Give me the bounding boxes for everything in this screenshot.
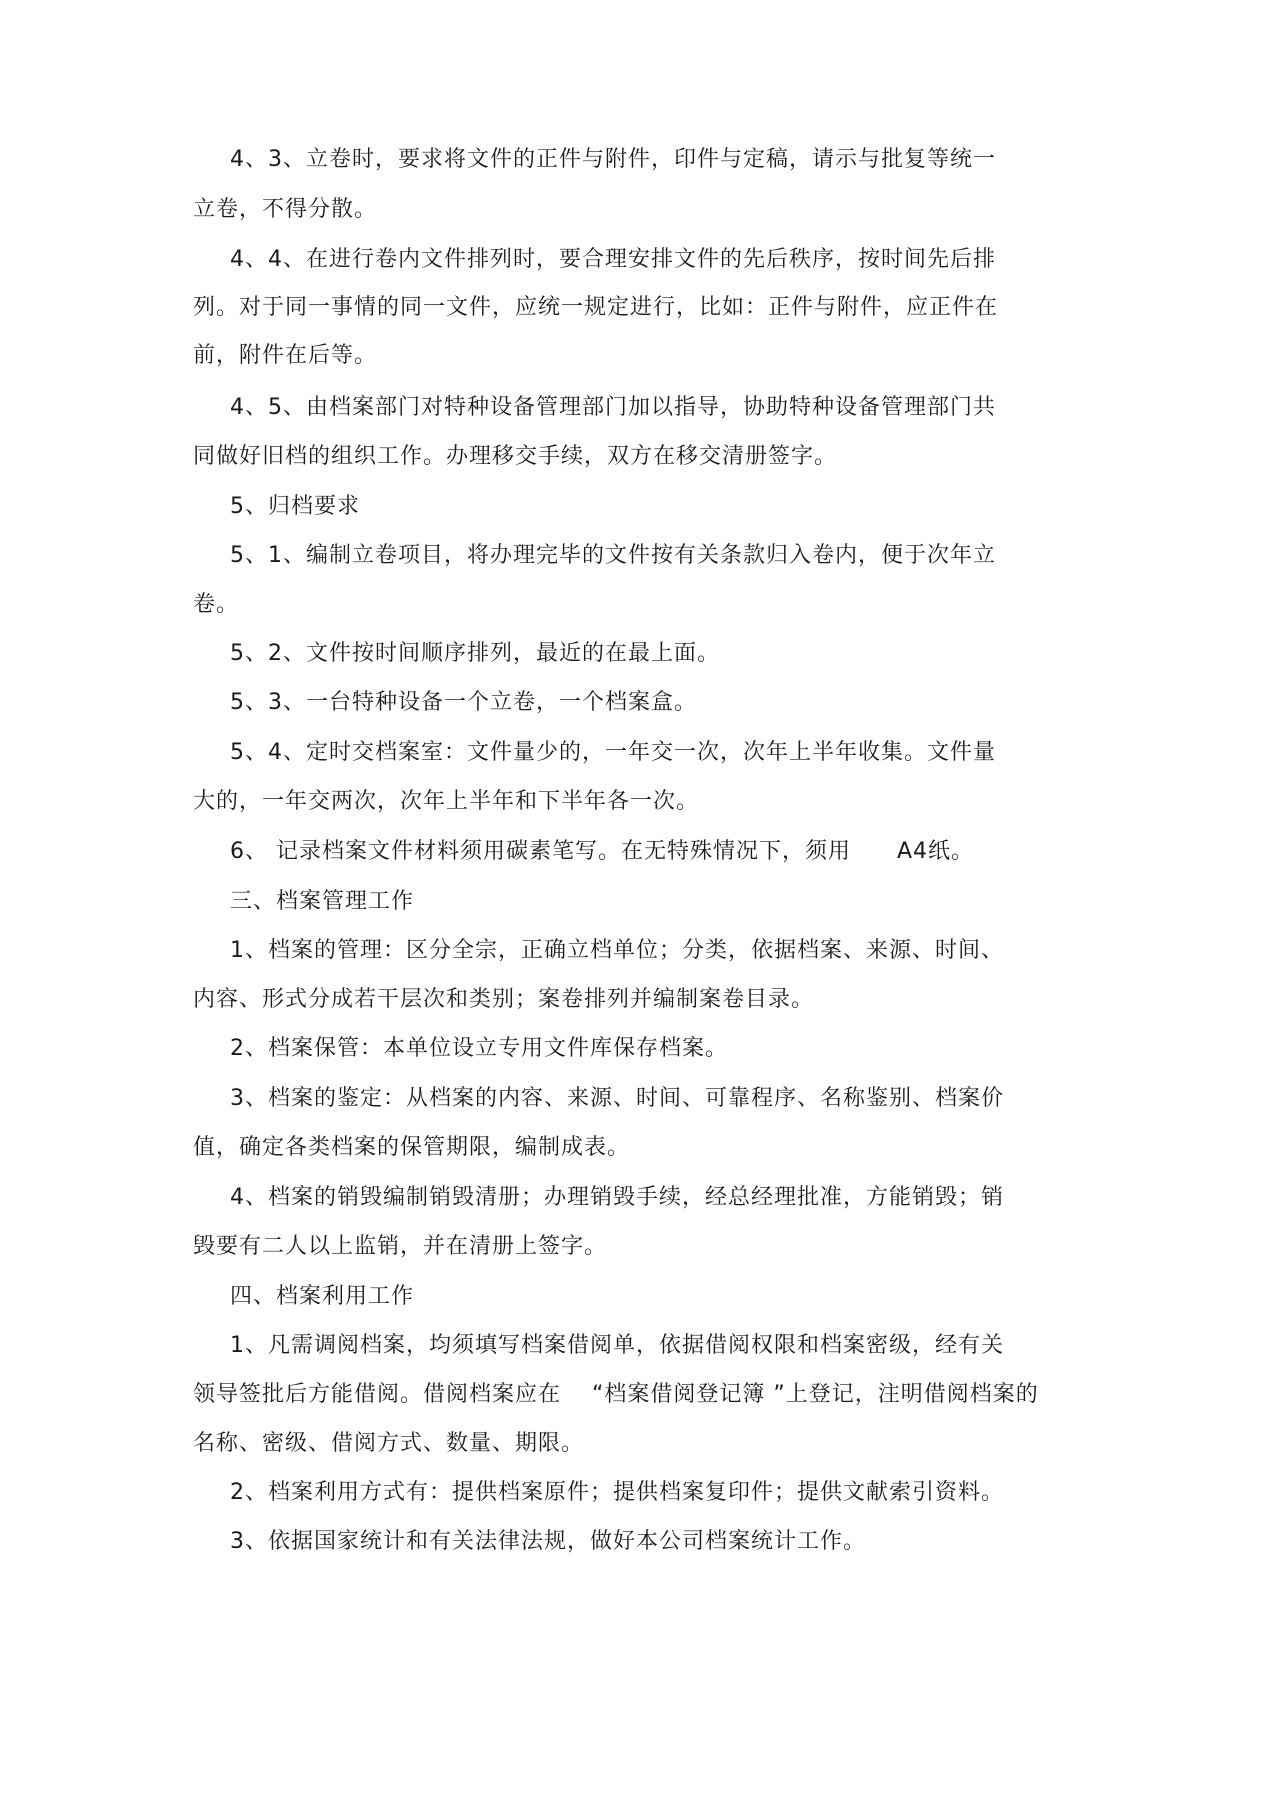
section-heading: 四、档案利用工作 — [230, 1282, 414, 1312]
paragraph-line: 3、档案的鉴定：从档案的内容、来源、时间、可靠程序、名称鉴别、档案价 — [230, 1084, 1004, 1114]
paragraph-line: 卷。 — [193, 590, 239, 620]
paragraph-line: 领导签批后方能借阅。借阅档案应在 “档案借阅登记簿 ”上登记，注明借阅档案的 — [193, 1380, 1039, 1410]
paragraph-line: 列。对于同一事情的同一文件，应统一规定进行，比如：正件与附件，应正件在 — [193, 293, 998, 323]
paragraph-line: 内容、形式分成若干层次和类别；案卷排列并编制案卷目录。 — [193, 985, 814, 1015]
paragraph-line: 1、档案的管理：区分全宗，正确立档单位；分类，依据档案、来源、时间、 — [230, 936, 1004, 966]
paragraph-line: 2、档案利用方式有：提供档案原件；提供档案复印件；提供文献索引资料。 — [230, 1478, 1004, 1508]
paragraph-line: 前，附件在后等。 — [193, 341, 377, 371]
paragraph-line: 名称、密级、借阅方式、数量、期限。 — [193, 1429, 584, 1459]
paragraph-line: 同做好旧档的组织工作。办理移交手续，双方在移交清册签字。 — [193, 442, 837, 472]
paragraph-line: 4、档案的销毁编制销毁清册；办理销毁手续，经总经理批准，方能销毁；销 — [230, 1183, 1004, 1213]
paragraph-line: 5、4、定时交档案室：文件量少的，一年交一次，次年上半年收集。文件量 — [230, 738, 996, 768]
section-heading: 5、归档要求 — [230, 492, 360, 522]
section-heading: 三、档案管理工作 — [230, 887, 414, 917]
paragraph-line: 值，确定各类档案的保管期限，编制成表。 — [193, 1133, 630, 1163]
paragraph-line: 5、2、文件按时间顺序排列，最近的在最上面。 — [230, 639, 720, 669]
paragraph-line: 毁要有二人以上监销，并在清册上签字。 — [193, 1232, 607, 1262]
paragraph-line: 4、4、在进行卷内文件排列时，要合理安排文件的先后秩序，按时间先后排 — [230, 245, 996, 275]
paragraph-line: 1、凡需调阅档案，均须填写档案借阅单，依据借阅权限和档案密级，经有关 — [230, 1331, 1004, 1361]
paragraph-line: 立卷，不得分散。 — [193, 195, 377, 225]
paragraph-line: 3、依据国家统计和有关法律法规，做好本公司档案统计工作。 — [230, 1527, 866, 1557]
paragraph-line: 大的，一年交两次，次年上半年和下半年各一次。 — [193, 787, 699, 817]
paragraph-line: 6、 记录档案文件材料须用碳素笔写。在无特殊情况下，须用 A4纸。 — [230, 837, 974, 867]
paragraph-line: 4、5、由档案部门对特种设备管理部门加以指导，协助特种设备管理部门共 — [230, 393, 996, 423]
paragraph-line: 2、档案保管：本单位设立专用文件库保存档案。 — [230, 1034, 728, 1064]
paragraph-line: 5、1、编制立卷项目，将办理完毕的文件按有关条款归入卷内，便于次年立 — [230, 541, 996, 571]
paragraph-line: 4、3、立卷时，要求将文件的正件与附件，印件与定稿，请示与批复等统一 — [230, 145, 996, 175]
paragraph-line: 5、3、一台特种设备一个立卷，一个档案盒。 — [230, 688, 697, 718]
